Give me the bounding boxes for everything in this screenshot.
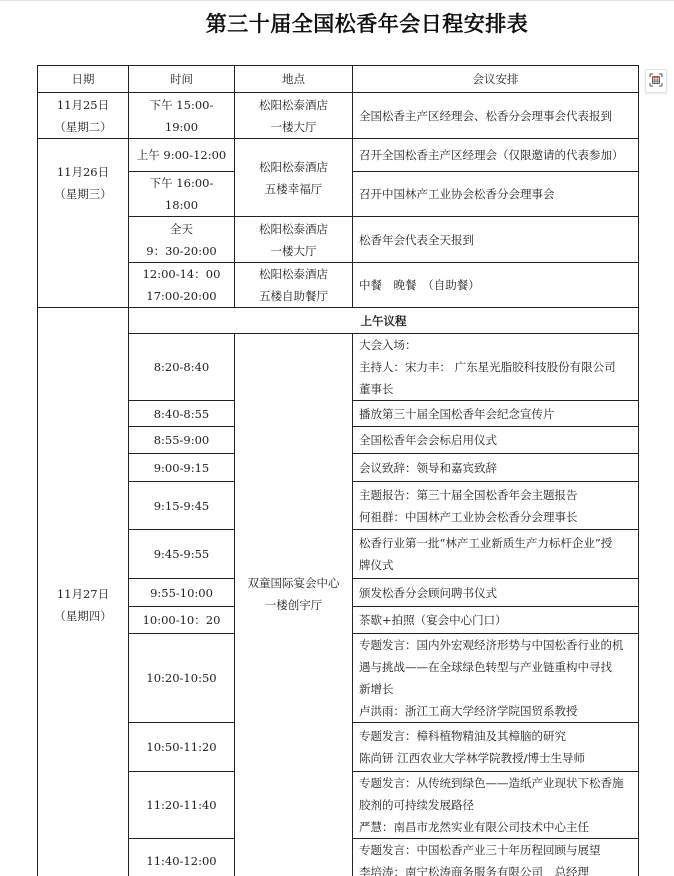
time-cell: 上午 9:00-12:00 xyxy=(129,139,235,172)
agenda-cell: 播放第三十届全国松香年会纪念宣传片 xyxy=(353,401,639,427)
time-line: 全天 xyxy=(135,218,228,240)
table-row: 全天 9：30-20:00 松阳松泰酒店 一楼大厅 松香年会代表全天报到 xyxy=(38,217,639,263)
agenda-line: 严慧：南昌市龙然实业有限公司技术中心主任 xyxy=(359,816,632,838)
schedule-table: 日期 时间 地点 会议安排 11月25日 （星期二） 下午 15:00-19:0… xyxy=(37,65,639,876)
time-cell: 8:20-8:40 xyxy=(129,334,235,401)
place-line: 松阳松泰酒店 xyxy=(241,218,346,240)
time-cell: 9:15-9:45 xyxy=(129,482,235,530)
time-cell: 9:45-9:55 xyxy=(129,530,235,579)
section-title: 上午议程 xyxy=(129,308,639,334)
agenda-cell: 召开中国林产工业协会松香分会理事会 xyxy=(353,172,639,217)
place-line: 一楼大厅 xyxy=(241,116,346,138)
agenda-line: 胶剂的可持续发展路径 xyxy=(359,794,632,816)
place-line: 一楼创宇厅 xyxy=(241,594,346,616)
time-cell: 10:20-10:50 xyxy=(129,634,235,723)
place-line: 双童国际宴会中心 xyxy=(241,572,346,594)
time-cell: 8:55-9:00 xyxy=(129,427,235,454)
agenda-cell: 中餐 晚餐 （自助餐） xyxy=(353,263,639,308)
agenda-line: 遇与挑战——在全球绿色转型与产业链重构中寻找 xyxy=(359,656,632,678)
agenda-cell: 会议致辞：领导和嘉宾致辞 xyxy=(353,454,639,482)
agenda-cell: 专题发言：从传统到绿色——造纸产业现状下松香施 胶剂的可持续发展路径 严慧：南昌… xyxy=(353,772,639,839)
top-divider xyxy=(0,0,674,1)
time-cell: 9:55-10:00 xyxy=(129,579,235,607)
place-cell: 松阳松泰酒店 一楼大厅 xyxy=(235,93,353,139)
time-cell: 下午 16:00-18:00 xyxy=(129,172,235,217)
weekday-label: （星期三） xyxy=(44,183,122,205)
time-cell: 9:00-9:15 xyxy=(129,454,235,482)
agenda-cell: 松香年会代表全天报到 xyxy=(353,217,639,263)
agenda-line: 卢洪雨：浙江工商大学经济学院国贸系教授 xyxy=(359,700,632,722)
agenda-cell: 大会入场： 主持人：宋力丰： 广东星光脂胶科技股份有限公司 董事长 xyxy=(353,334,639,401)
agenda-line: 专题发言：国内外宏观经济形势与中国松香行业的机 xyxy=(359,634,632,656)
agenda-line: 主持人：宋力丰： 广东星光脂胶科技股份有限公司 xyxy=(359,356,632,378)
table-row: 11月26日 （星期三） 上午 9:00-12:00 松阳松泰酒店 五楼幸福厅 … xyxy=(38,139,639,172)
place-cell: 松阳松泰酒店 五楼幸福厅 xyxy=(235,139,353,217)
agenda-line: 董事长 xyxy=(359,378,632,400)
agenda-cell: 全国松香年会会标启用仪式 xyxy=(353,427,639,454)
header-agenda: 会议安排 xyxy=(353,66,639,93)
agenda-line: 专题发言：从传统到绿色——造纸产业现状下松香施 xyxy=(359,772,632,794)
agenda-line: 松香行业第一批“林产工业新质生产力标杆企业”授 xyxy=(359,532,632,554)
agenda-line: 陈尚钘 江西农业大学林学院教授/博士生导师 xyxy=(359,747,632,769)
place-line: 松阳松泰酒店 xyxy=(241,263,346,285)
date-label: 11月27日 xyxy=(44,583,122,605)
time-cell: 10:50-11:20 xyxy=(129,723,235,772)
place-line: 五楼幸福厅 xyxy=(241,178,346,200)
date-cell: 11月27日 （星期四） xyxy=(38,308,129,876)
table-tool-button[interactable] xyxy=(645,69,667,93)
agenda-line: 主题报告：第三十届全国松香年会主题报告 xyxy=(359,484,632,506)
time-cell: 下午 15:00-19:00 xyxy=(129,93,235,139)
agenda-cell: 全国松香主产区经理会、松香分会理事会代表报到 xyxy=(353,93,639,139)
time-cell: 8:40-8:55 xyxy=(129,401,235,427)
header-date: 日期 xyxy=(38,66,129,93)
agenda-cell: 主题报告：第三十届全国松香年会主题报告 何祖群：中国林产工业协会松香分会理事长 xyxy=(353,482,639,530)
agenda-cell: 专题发言：国内外宏观经济形势与中国松香行业的机 遇与挑战——在全球绿色转型与产业… xyxy=(353,634,639,723)
time-cell: 11:40-12:00 xyxy=(129,839,235,876)
table-row: 12:00-14：00 17:00-20:00 松阳松泰酒店 五楼自助餐厅 中餐… xyxy=(38,263,639,308)
time-line: 17:00-20:00 xyxy=(135,285,228,307)
time-cell: 10:00-10：20 xyxy=(129,607,235,634)
date-label: 11月26日 xyxy=(44,161,122,183)
table-extract-icon xyxy=(649,72,663,91)
time-cell: 12:00-14：00 17:00-20:00 xyxy=(129,263,235,308)
agenda-cell: 茶歇+拍照（宴会中心门口） xyxy=(353,607,639,634)
agenda-cell: 松香行业第一批“林产工业新质生产力标杆企业”授 牌仪式 xyxy=(353,530,639,579)
time-line: 12:00-14：00 xyxy=(135,263,228,285)
agenda-line: 牌仪式 xyxy=(359,554,632,576)
agenda-cell: 颁发松香分会顾问聘书仪式 xyxy=(353,579,639,607)
place-cell: 松阳松泰酒店 一楼大厅 xyxy=(235,217,353,263)
place-line: 松阳松泰酒店 xyxy=(241,156,346,178)
agenda-line: 新增长 xyxy=(359,678,632,700)
agenda-cell: 召开全国松香主产区经理会（仅限邀请的代表参加） xyxy=(353,139,639,172)
page-title: 第三十届全国松香年会日程安排表 xyxy=(0,8,674,38)
agenda-line: 专题发言：中国松香产业三十年历程回顾与展望 xyxy=(359,839,632,861)
date-cell: 11月25日 （星期二） xyxy=(38,93,129,139)
time-cell: 全天 9：30-20:00 xyxy=(129,217,235,263)
place-cell: 松阳松泰酒店 五楼自助餐厅 xyxy=(235,263,353,308)
time-line: 9：30-20:00 xyxy=(135,240,228,262)
place-line: 松阳松泰酒店 xyxy=(241,94,346,116)
date-label: 11月25日 xyxy=(44,94,122,116)
agenda-line: 专题发言：樟科植物精油及其樟脑的研究 xyxy=(359,725,632,747)
header-row: 日期 时间 地点 会议安排 xyxy=(38,66,639,93)
agenda-cell: 专题发言：樟科植物精油及其樟脑的研究 陈尚钘 江西农业大学林学院教授/博士生导师 xyxy=(353,723,639,772)
date-cell: 11月26日 （星期三） xyxy=(38,139,129,308)
agenda-line: 大会入场： xyxy=(359,334,632,356)
place-line: 一楼大厅 xyxy=(241,240,346,262)
header-time: 时间 xyxy=(129,66,235,93)
agenda-line: 何祖群：中国林产工业协会松香分会理事长 xyxy=(359,506,632,528)
schedule-table-container: 日期 时间 地点 会议安排 11月25日 （星期二） 下午 15:00-19:0… xyxy=(37,65,639,876)
agenda-cell: 专题发言：中国松香产业三十年历程回顾与展望 李培涛：南宁松涛商务服务有限公司 总… xyxy=(353,839,639,876)
weekday-label: （星期四） xyxy=(44,605,122,627)
time-cell: 11:20-11:40 xyxy=(129,772,235,839)
agenda-line: 李培涛：南宁松涛商务服务有限公司 总经理 xyxy=(359,861,632,876)
table-row: 8:20-8:40 双童国际宴会中心 一楼创宇厅 大会入场： 主持人：宋力丰： … xyxy=(38,334,639,401)
header-place: 地点 xyxy=(235,66,353,93)
place-line: 五楼自助餐厅 xyxy=(241,285,346,307)
table-row: 11月25日 （星期二） 下午 15:00-19:00 松阳松泰酒店 一楼大厅 … xyxy=(38,93,639,139)
place-cell: 双童国际宴会中心 一楼创宇厅 xyxy=(235,334,353,876)
weekday-label: （星期二） xyxy=(44,116,122,138)
section-row: 11月27日 （星期四） 上午议程 xyxy=(38,308,639,334)
